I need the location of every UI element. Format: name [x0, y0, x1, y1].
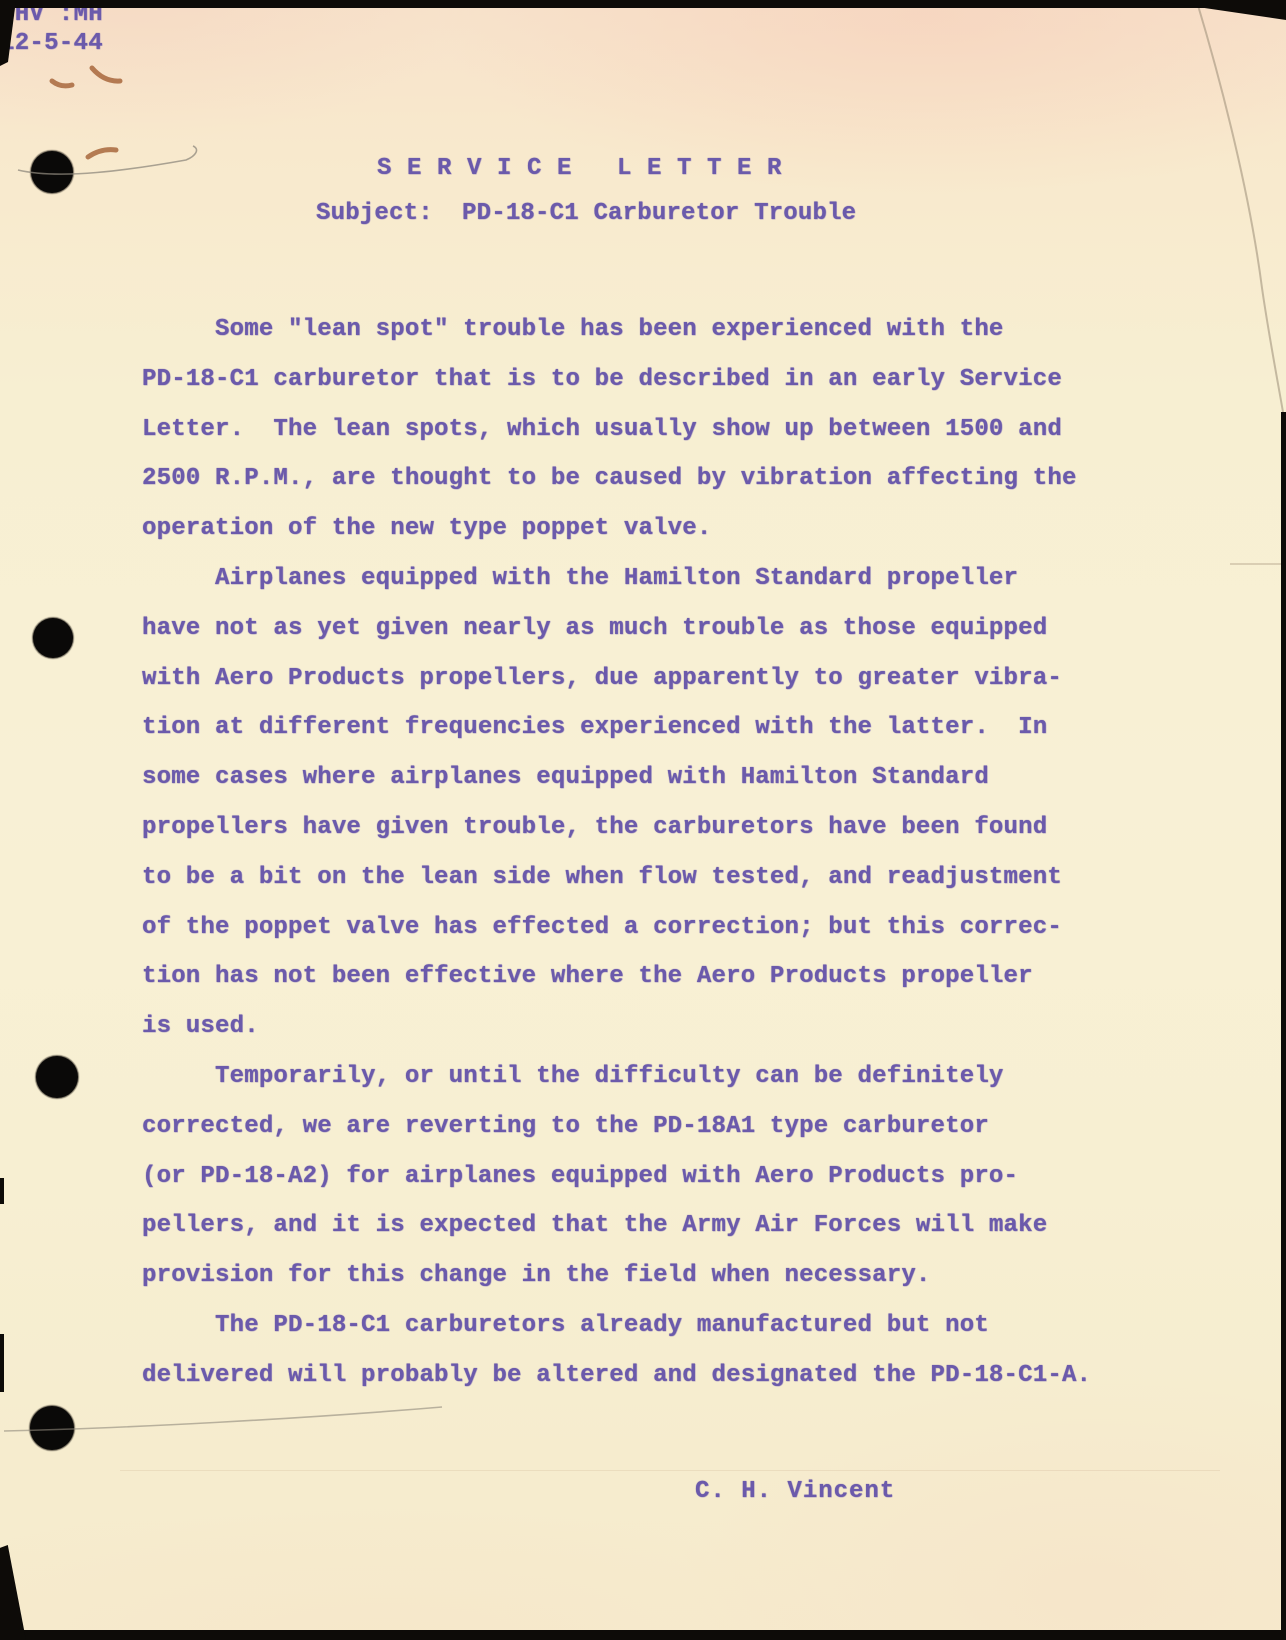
signature-name: C. H. Vincent — [695, 1478, 895, 1505]
hole-punch-4 — [30, 1406, 74, 1450]
hole-punch-1 — [31, 151, 73, 193]
scan-corner-bottom-left — [0, 1545, 26, 1640]
scan-edge-top — [0, 0, 1286, 8]
faint-fold-line — [120, 1470, 1220, 1471]
scan-edge-right — [1281, 412, 1286, 1640]
hole-punch-2 — [33, 618, 73, 658]
rust-staple-mark-2 — [92, 68, 120, 81]
crease-line-top-right — [1197, 2, 1283, 412]
rust-staple-mark-3 — [88, 150, 116, 157]
crease-mark-right — [1230, 563, 1286, 565]
letter-title: S E R V I C E L E T T E R — [377, 155, 782, 182]
date-line: 12-5-44 — [0, 29, 1286, 58]
scan-edge-left-sliver-1 — [0, 1178, 4, 1204]
scan-edge-bottom — [0, 1630, 1286, 1640]
hole-punch-3 — [36, 1056, 78, 1098]
scanned-service-letter-page: S E R V I C E L E T T E R Subject: PD-18… — [0, 0, 1286, 1640]
typist-initials-block: CHV :MH 12-5-44 — [0, 0, 1286, 58]
subject-line: Subject: PD-18-C1 Carburetor Trouble — [316, 200, 856, 227]
letter-body: Some "lean spot" trouble has been experi… — [142, 305, 1091, 1401]
rust-staple-mark-1 — [52, 81, 72, 86]
scan-edge-left-sliver-2 — [0, 1334, 4, 1392]
